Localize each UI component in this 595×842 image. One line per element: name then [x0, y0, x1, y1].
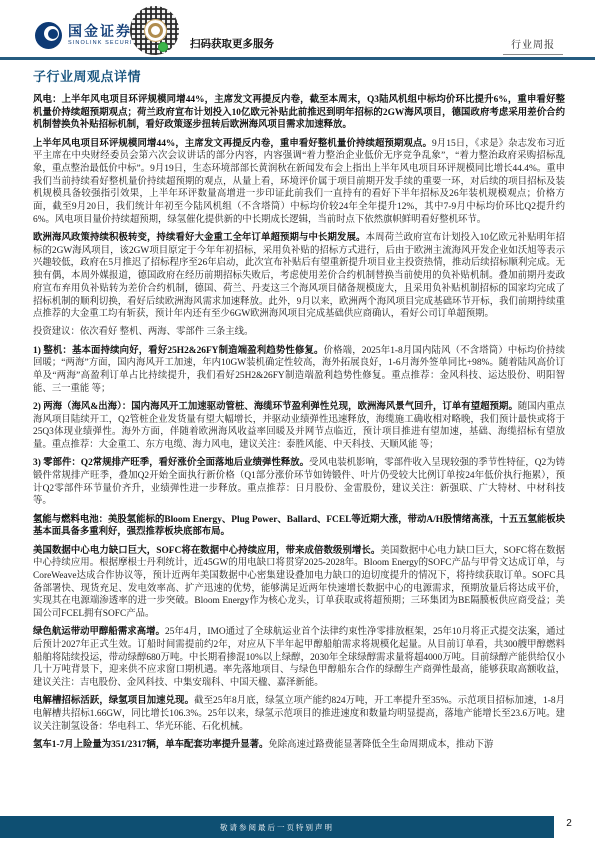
report-paragraph: 绿色航运带动甲醇船需求高增。25年4月，IMO通过了全球航运业首个法律约束性净零…	[33, 626, 565, 690]
paragraph-lead-sentence: 美国数据中心电力缺口巨大，SOFC将在数据中心持续应用，带来成倍数级别增长。	[33, 546, 380, 556]
report-paragraph: 美国数据中心电力缺口巨大，SOFC将在数据中心持续应用，带来成倍数级别增长。美国…	[33, 545, 565, 621]
footer-disclaimer: 敬请参阅最后一页特别声明	[220, 822, 334, 833]
report-paragraph: 风电：上半年风电项目环评规模同增44%，主席发文再提反内卷，截至本周末，Q3陆风…	[33, 94, 565, 132]
report-paragraph: 2) 两海（海风&出海）：国内海风开工加速驱动管桩、海缆环节盈利弹性兑现，欧洲海…	[33, 401, 565, 452]
paragraph-section-label: 风电：	[33, 95, 62, 105]
paragraph-lead-sentence: 美股氢能标的Bloom Energy、Plug Power、Ballard、FC…	[33, 515, 565, 538]
paragraph-lead-sentence: 欧洲海风政策持续积极转变，持续看好大金重工全年订单超预期与中长期发展。	[33, 233, 366, 243]
qr-caption: 扫码获取更多服务	[190, 36, 274, 51]
paragraph-lead-sentence: 氢车1-7月上险量为351/2317辆，单车配套功率提升显著。	[33, 740, 268, 750]
paragraph-lead-sentence: 上半年风电项目环评规模同增44%，主席发文再提反内卷，重申看好整机量价持续超预期…	[33, 139, 432, 149]
paragraph-lead-sentence: 3) 零部件：Q2常规排产旺季，看好涨价全面落地后业绩弹性释放。	[33, 458, 309, 468]
report-paragraph: 上半年风电项目环评规模同增44%，主席发文再提反内卷，重申看好整机量价持续超预期…	[33, 138, 565, 227]
sinolink-logo-icon	[35, 22, 62, 49]
paragraph-lead-sentence: 绿色航运带动甲醇船需求高增。	[33, 627, 165, 637]
paragraph-lead-sentence: 2) 两海（海风&出海）：国内海风开工加速驱动管桩、海缆环节盈利弹性兑现，欧洲海…	[33, 402, 518, 412]
report-paragraph: 电解槽招标活跃，绿氢项目加速兑现。截至25年8月底，绿氢立项产能约824万吨，开…	[33, 695, 565, 733]
report-paragraph: 投资建议：依次看好 整机、两海、零部件 三条主线。	[33, 326, 565, 339]
page-number: 2	[554, 818, 584, 829]
paragraph-body-text: 9月15日，《求是》杂志发布习近平主席在中央财经委员会第六次会议讲话的部分内容，…	[33, 139, 565, 225]
qr-code-icon	[130, 6, 179, 55]
paragraph-list: 风电：上半年风电项目环评规模同增44%，主席发文再提反内卷，截至本周末，Q3陆风…	[33, 94, 565, 757]
footer-bar: 敬请参阅最后一页特别声明	[0, 816, 554, 838]
report-paragraph: 氢能与燃料电池：美股氢能标的Bloom Energy、Plug Power、Ba…	[33, 514, 565, 539]
report-page: 国金证券 SINOLINK SECURITIES 扫码获取更多服务 行业周报 子…	[0, 0, 595, 842]
qr-center-seal-icon	[144, 19, 167, 42]
header-divider	[0, 57, 595, 60]
paragraph-body-text: 本周荷兰政府宣布计划投入10亿欧元补贴明年招标的2GW海风项目，该2GW项目原定…	[33, 233, 565, 319]
report-paragraph: 欧洲海风政策持续积极转变，持续看好大金重工全年订单超预期与中长期发展。本周荷兰政…	[33, 232, 565, 321]
paragraph-lead-sentence: 1) 整机：基本面持续向好，看好25H2&26FY制造端盈利趋势性修复。	[33, 346, 324, 356]
page-title: 子行业周观点详情	[33, 66, 141, 85]
report-paragraph: 1) 整机：基本面持续向好，看好25H2&26FY制造端盈利趋势性修复。价格端，…	[33, 345, 565, 396]
report-paragraph: 3) 零部件：Q2常规排产旺季，看好涨价全面落地后业绩弹性释放。受风电装机影响，…	[33, 457, 565, 508]
paragraph-section-label: 氢能与燃料电池：	[33, 515, 108, 525]
report-type-label: 行业周报	[503, 36, 563, 55]
paragraph-body-text: 投资建议：依次看好 整机、两海、零部件 三条主线。	[33, 327, 253, 337]
paragraph-body-text: 美国数据中心电力缺口巨大，SOFC将在数据中心持续应用。根据摩根士丹利统计，近4…	[33, 546, 565, 620]
paragraph-lead-sentence: 上半年风电项目环评规模同增44%，主席发文再提反内卷，截至本周末，Q3陆风机组中…	[33, 95, 565, 130]
page-header: 国金证券 SINOLINK SECURITIES 扫码获取更多服务 行业周报	[0, 0, 595, 57]
paragraph-lead-sentence: 电解槽招标活跃，绿氢项目加速兑现。	[33, 696, 194, 706]
paragraph-body-text: 免除高速过路费能显著降低全生命周期成本，推动下游	[268, 740, 493, 750]
wechat-icon	[158, 42, 168, 52]
report-paragraph: 氢车1-7月上险量为351/2317辆，单车配套功率提升显著。免除高速过路费能显…	[33, 739, 565, 752]
